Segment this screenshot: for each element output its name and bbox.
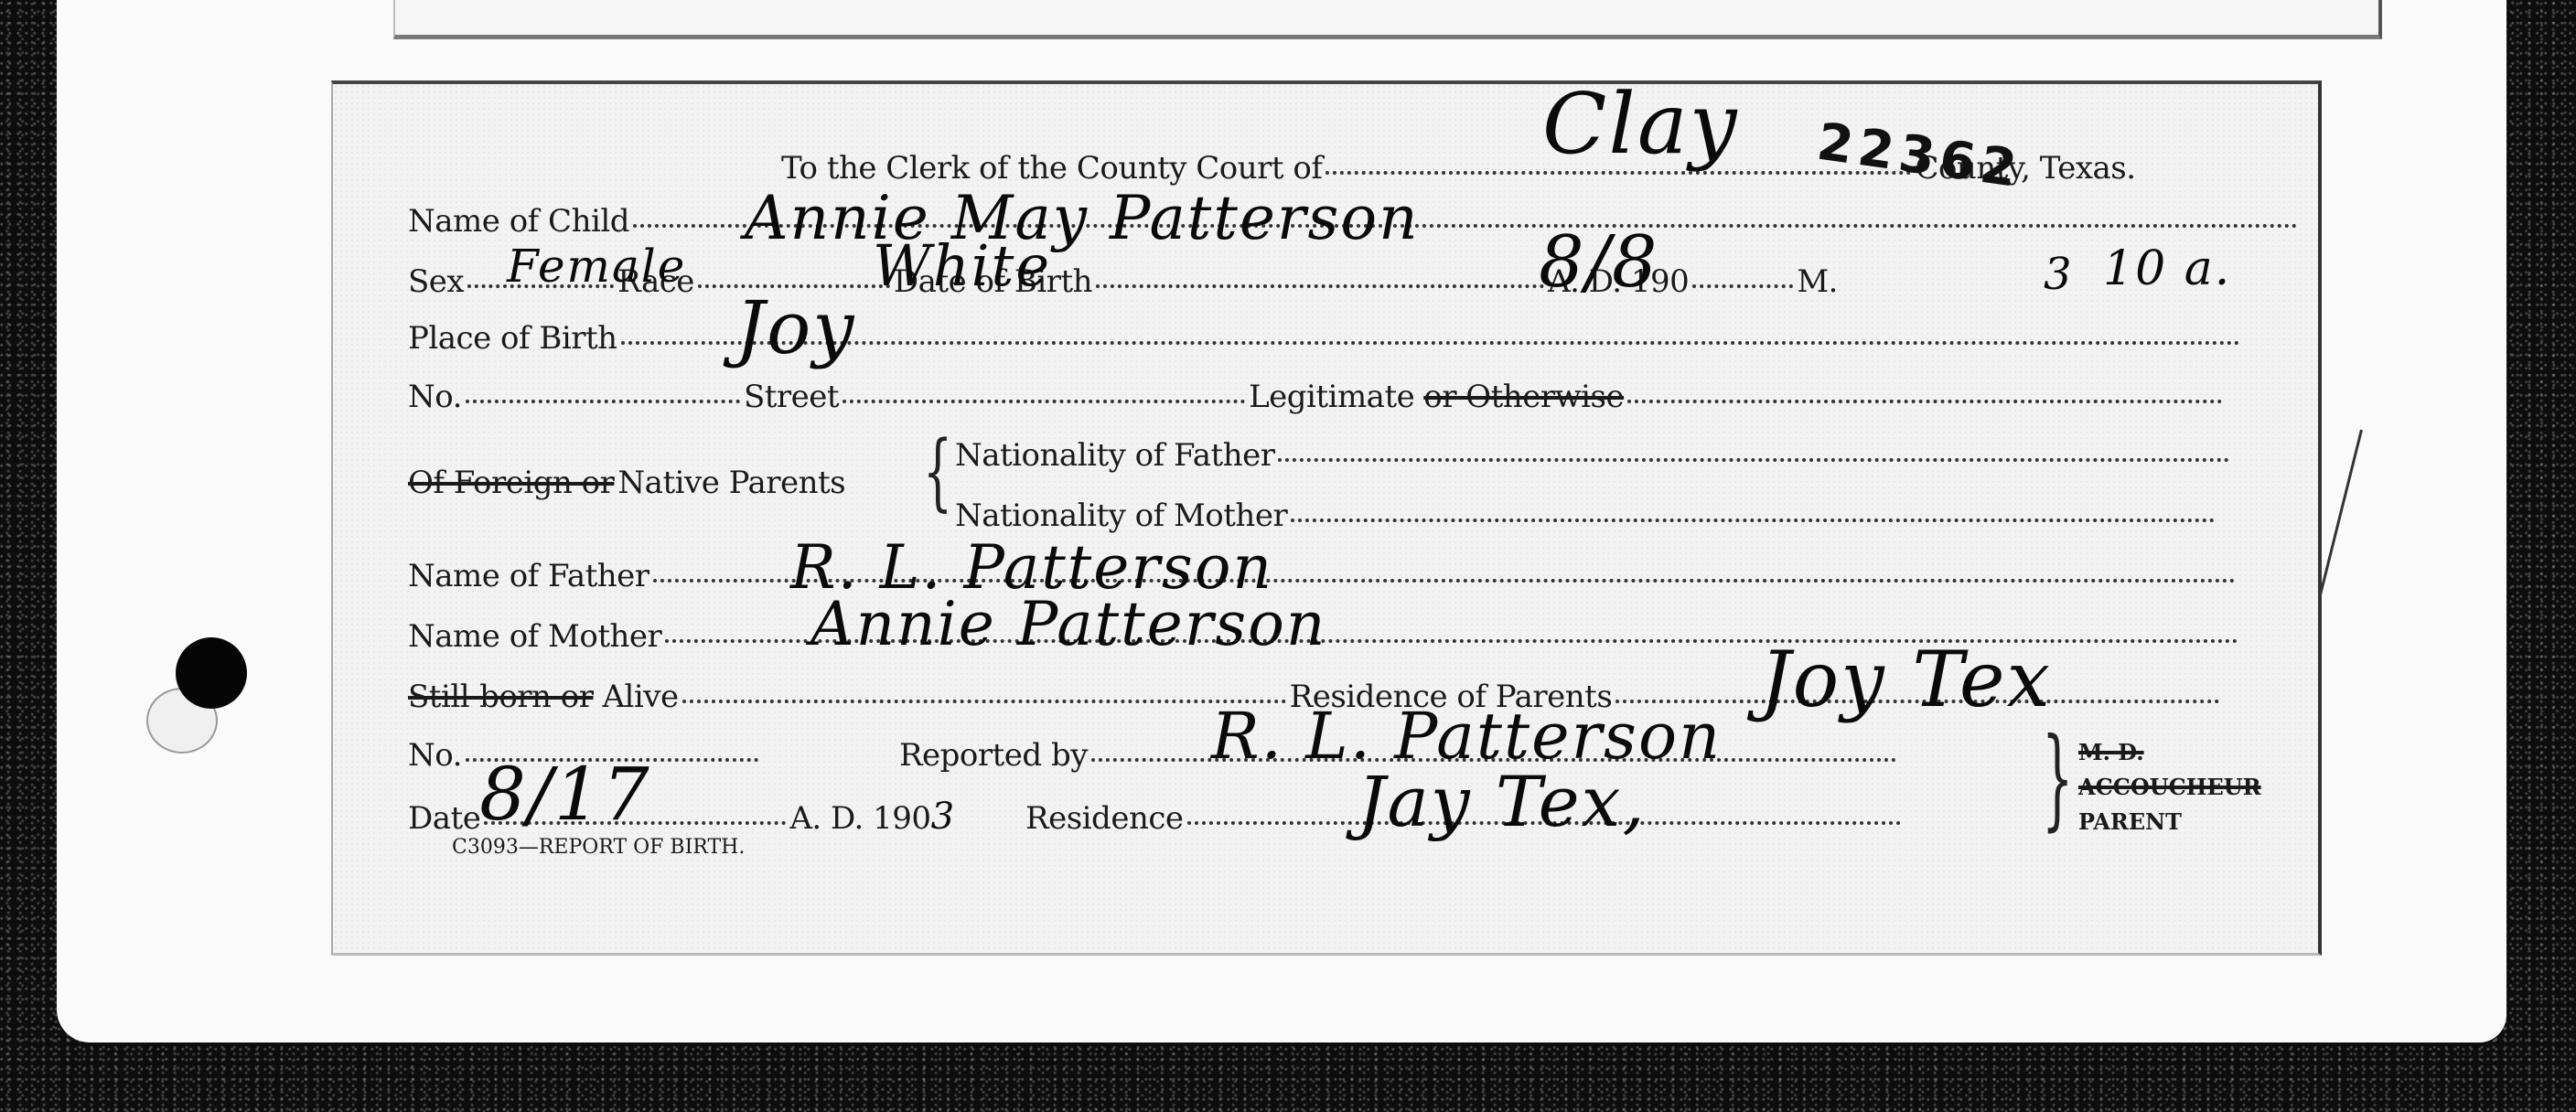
- nationality-mother-row: Nationality of Mother: [955, 497, 2218, 534]
- sex-label: Sex: [408, 263, 464, 300]
- sex-value: Female: [507, 240, 686, 293]
- place-of-birth-blank: [621, 337, 2240, 345]
- native-parents-label: Native Parents: [617, 465, 845, 501]
- address-legitimacy-row: No. Street Legitimate or Otherwise: [408, 379, 2226, 415]
- race-value: White: [873, 232, 1051, 299]
- nationality-father-blank: [1278, 454, 2229, 462]
- meridiem-suffix: M.: [1797, 263, 1838, 300]
- report-date-value: 8/17: [479, 752, 651, 837]
- residence-value: Jay Tex,: [1358, 761, 1647, 842]
- name-of-mother-value: Annie Patterson: [810, 589, 1326, 659]
- birth-year-digit: 3: [2044, 249, 2074, 300]
- report-year-prefix: A. D. 190: [789, 800, 930, 837]
- otherwise-struck-option: or Otherwise: [1423, 379, 1624, 415]
- role-parent: PARENT: [2078, 805, 2261, 839]
- report-date-label: Date: [408, 800, 480, 837]
- nationality-mother-blank: [1291, 515, 2215, 522]
- date-of-birth-value: 8/8: [1539, 221, 1659, 304]
- birth-time-blank: [1692, 281, 1793, 288]
- still-born-struck-option: Still-born or: [408, 679, 593, 715]
- name-of-mother-label: Name of Mother: [408, 618, 661, 655]
- report-number-label: No.: [408, 737, 462, 774]
- alive-label: Alive: [602, 679, 678, 715]
- date-of-birth-blank: [1096, 281, 1544, 288]
- name-of-child-value: Annie May Patterson: [745, 183, 1420, 253]
- form-code: C3093—REPORT OF BIRTH.: [452, 836, 745, 859]
- nationality-mother-label: Nationality of Mother: [955, 497, 1287, 534]
- nationality-father-row: Nationality of Father: [955, 437, 2233, 474]
- reported-by-label: Reported by: [899, 737, 1088, 774]
- birth-report-form: To the Clerk of the County Court of Coun…: [331, 80, 2322, 956]
- address-label: To the Clerk of the County Court of: [781, 150, 1322, 187]
- place-of-birth-value: Joy: [735, 285, 855, 370]
- street-label: Street: [744, 379, 839, 415]
- name-of-father-label: Name of Father: [408, 558, 649, 594]
- role-md-struck: M. D.: [2078, 735, 2261, 770]
- reporter-role-list: M. D. ACCOUCHEUR PARENT: [2078, 735, 2261, 839]
- county-value: Clay: [1542, 75, 1739, 173]
- legitimacy-blank: [1627, 396, 2222, 403]
- reporter-role-brace: }: [2042, 715, 2073, 842]
- punch-hole: [176, 637, 247, 709]
- role-accoucheur-struck: ACCOUCHEUR: [2078, 770, 2261, 805]
- foreign-struck-option: Of Foreign or: [408, 465, 614, 501]
- name-of-child-label: Name of Child: [408, 203, 629, 240]
- parentage-brace: {: [923, 422, 952, 520]
- place-of-birth-label: Place of Birth: [408, 320, 617, 357]
- residence-label: Residence: [1025, 800, 1184, 837]
- birth-time-value: 10 a.: [2103, 241, 2231, 296]
- house-number-blank: [466, 396, 740, 403]
- place-of-birth-row: Place of Birth: [408, 320, 2244, 357]
- alive-blank: [682, 696, 1286, 703]
- residence-of-parents-value: Joy Tex: [1760, 635, 2052, 724]
- previous-card-edge: [393, 0, 2382, 39]
- parentage-row: Of Foreign or Native Parents: [408, 465, 845, 501]
- street-blank: [843, 396, 1245, 403]
- report-year-digit: 3: [931, 796, 956, 838]
- form-code-row: C3093—REPORT OF BIRTH.: [452, 836, 745, 859]
- legitimate-label: Legitimate: [1249, 379, 1414, 415]
- house-number-label: No.: [408, 379, 462, 415]
- nationality-father-label: Nationality of Father: [955, 437, 1274, 474]
